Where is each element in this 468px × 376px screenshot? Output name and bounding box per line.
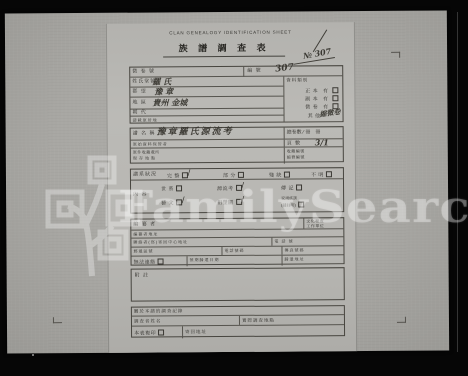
form-chinese-title: 族 譜 調 查 表	[163, 41, 285, 58]
content-option-writings: 藝 文	[161, 199, 182, 206]
checkbox-icon	[284, 172, 290, 178]
cell-divider	[303, 218, 304, 228]
checkbox-icon	[296, 184, 302, 190]
material-option-copy: 副 本 有	[305, 95, 338, 102]
checkbox-icon	[238, 172, 244, 178]
condition-option-complete: 完 整	[167, 172, 188, 179]
checkbox-icon	[158, 258, 164, 264]
form-paper: CLAN GENEALOGY IDENTIFICATION SHEET 族 譜 …	[106, 22, 357, 353]
content-option-biographies: 傳 記	[281, 184, 302, 191]
handwritten-region: 貴州 金城	[152, 98, 187, 106]
current-place-label: 現 存 地 點	[133, 156, 156, 161]
phone-label: 電 話 號	[274, 240, 293, 244]
handwritten-junwang: 豫 章	[154, 87, 173, 95]
origin-place-label: 譜載原居地	[133, 118, 158, 122]
id-table: 微 卷 號 編 號 307 姓氏堂號 羅 氏 郡 望 豫 章 地 區 貴州 金	[129, 65, 343, 123]
checkbox-icon	[158, 329, 164, 335]
checkbox-icon	[176, 185, 182, 191]
reel-number-label: 微 卷 號	[132, 69, 155, 74]
table-row: 內 容 世 系 源流考 傳 記 藝 文	[131, 179, 343, 214]
contact-address-label: 聯絡者(寫)寄回中心地址	[133, 240, 188, 244]
registration-mark-top-right	[391, 52, 400, 58]
handwritten-surname: 羅 氏	[152, 77, 171, 85]
content-option-grave-maps: 祖塋圖	[217, 199, 242, 206]
survey-table: 關於本譜的調查記錄 調查者姓名 實際調查地點 本表複印 寄回地址	[131, 305, 345, 337]
table-row: 本表複印 寄回地址	[132, 325, 344, 338]
cell-divider	[284, 140, 285, 147]
junwang-label: 郡 望	[132, 90, 146, 95]
check-mark-icon	[241, 181, 244, 190]
registration-mark-bottom-right	[397, 317, 406, 323]
material-option-original: 正 本 有	[305, 87, 338, 94]
condition-option-partial: 部 分	[223, 172, 244, 179]
region-label: 地 區	[132, 101, 146, 106]
compiler-table: 編 纂 者 文化程度 工作單位 編纂者地址 聯絡者(寫)寄回中心地址 電 話 號…	[130, 217, 344, 265]
table-row: 原件收藏處所 現 存 地 點 收藏編號 縮微編號	[131, 147, 343, 164]
materials-box: 資料類別 正 本 有 副 本 有 微 卷 有	[283, 76, 342, 121]
handwritten-pages: 3∕1	[315, 138, 329, 146]
registration-mark-bottom-left	[53, 317, 62, 323]
handwritten-form-number: 307	[275, 64, 295, 75]
check-mark-icon	[241, 195, 244, 204]
handwritten-genealogy-title: 豫章羅氏源流考	[157, 128, 234, 138]
no-contact-option: 無法連絡	[134, 258, 164, 265]
status-table: 譜系狀況 完 整 部 分 殘 缺 不 明 內	[130, 167, 344, 213]
condition-label: 譜系狀況	[133, 172, 157, 177]
postal-code-label: 郵遞區號	[133, 250, 153, 254]
check-mark-icon	[188, 168, 191, 177]
form-english-title: CLAN GENEALOGY IDENTIFICATION SHEET	[107, 29, 354, 36]
condition-option-unknown: 不 明	[311, 171, 332, 178]
content-option-lineage: 世 系	[161, 185, 182, 192]
dynasty-label: 朝 代	[132, 111, 146, 116]
notes-label: 附 註	[135, 274, 149, 279]
cell-divider	[239, 316, 240, 325]
genealogy-title-label: 譜 名 稱	[133, 131, 156, 136]
cell-divider	[281, 247, 282, 255]
title-table: 譜 名 稱 豫章羅氏源流考 總卷數 ∕ 冊 冊 原始資料保管者 頁 數 3∕1 …	[130, 126, 344, 163]
cell-divider	[271, 238, 272, 246]
cell-divider	[187, 256, 188, 266]
materials-header: 資料類別	[286, 78, 308, 83]
compiler-label: 編 纂 者	[133, 222, 156, 227]
return-date-label: 預期歸還日期	[190, 258, 220, 262]
keeper-label: 原始資料保管者	[133, 142, 168, 146]
cell-divider	[221, 247, 222, 255]
film-edge-line	[457, 12, 458, 352]
telephone-label: 電話號碼	[224, 249, 244, 253]
cell-divider	[284, 148, 285, 164]
checkbox-icon	[326, 171, 332, 177]
return-address-label: 歸還地址	[285, 257, 305, 261]
cell-divider	[243, 67, 244, 77]
checkbox-icon	[332, 87, 338, 93]
compiler-address-label: 編纂者地址	[133, 232, 158, 236]
microfilm-code-label: 縮微編號	[287, 155, 305, 160]
table-row: 譜載原居地	[131, 116, 284, 125]
survey-location-label: 實際調查地點	[242, 319, 275, 324]
survey-header: 關於本譜的調查記錄	[134, 309, 184, 314]
copy-form-option: 本表複印	[134, 329, 164, 336]
sendback-address-label: 寄回地址	[185, 330, 207, 335]
condition-option-damaged: 殘 缺	[269, 172, 290, 179]
content-option-rules: 家規族訓 (請註明)	[281, 195, 304, 208]
volumes-label: 總卷數 ∕ 冊 冊	[287, 130, 321, 135]
notes-box: 附 註	[131, 267, 345, 301]
cell-divider	[182, 326, 183, 338]
handwritten-material-other: 縮微卷	[319, 108, 341, 118]
form-number-label: 編 號	[247, 69, 261, 74]
cell-divider	[282, 256, 283, 266]
table-row: 地 區 貴州 金城	[130, 97, 283, 110]
check-mark-icon	[182, 195, 185, 204]
pages-label: 頁 數	[287, 141, 301, 146]
cell-divider	[284, 128, 285, 139]
table-row: 無法連絡 預期歸還日期 歸還地址	[132, 255, 344, 266]
contents-label: 內 容	[133, 193, 147, 198]
checkbox-icon	[332, 95, 338, 101]
fax-label: 傳真號碼	[284, 248, 304, 252]
film-dust-speck	[32, 354, 34, 356]
checkbox-icon	[298, 201, 304, 207]
surveyor-name-label: 調查者姓名	[134, 319, 162, 324]
content-option-origins: 源流考	[217, 185, 242, 192]
film-frame: CLAN GENEALOGY IDENTIFICATION SHEET 族 譜 …	[5, 10, 449, 353]
microfilm-scan-viewport: CLAN GENEALOGY IDENTIFICATION SHEET 族 譜 …	[0, 0, 468, 376]
